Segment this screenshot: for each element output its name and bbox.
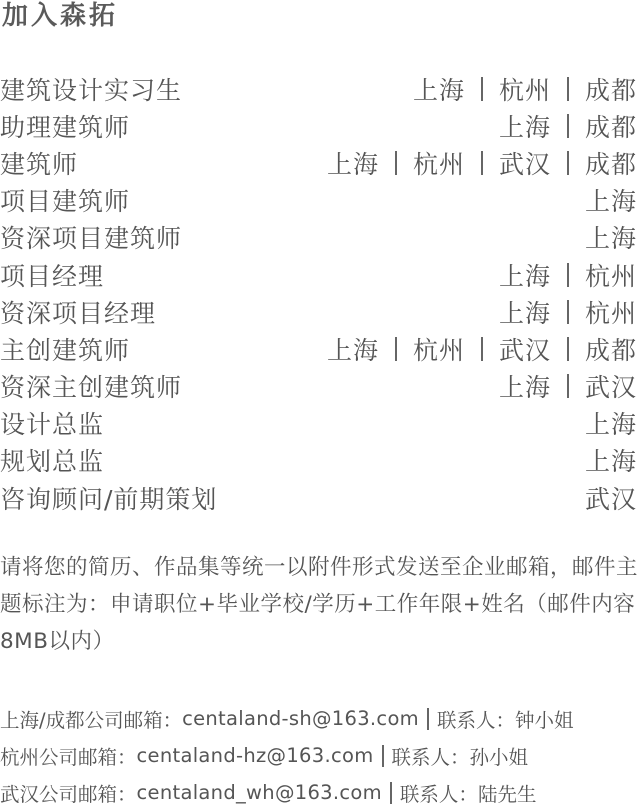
city: 武汉 bbox=[499, 145, 551, 181]
separator bbox=[395, 151, 397, 175]
separator bbox=[427, 708, 429, 730]
job-title: 项目经理 bbox=[0, 257, 104, 293]
city: 上海 bbox=[585, 219, 637, 255]
city: 杭州 bbox=[413, 331, 465, 367]
contact-row: 上海/成都公司邮箱： centaland-sh@163.com 联系人： 钟小姐 bbox=[0, 700, 639, 737]
job-title: 资深主创建筑师 bbox=[0, 368, 182, 404]
job-title: 主创建筑师 bbox=[0, 331, 130, 367]
job-title: 咨询顾问/前期策划 bbox=[0, 480, 217, 516]
email-link[interactable]: centaland-sh@163.com bbox=[182, 707, 419, 730]
job-title: 项目建筑师 bbox=[0, 182, 130, 218]
job-cities: 上海 bbox=[585, 442, 637, 478]
job-row: 主创建筑师 上海 杭州 武汉 成都 bbox=[0, 330, 637, 367]
job-title: 建筑师 bbox=[0, 145, 78, 181]
job-title: 助理建筑师 bbox=[0, 108, 130, 144]
job-row: 资深主创建筑师 上海 武汉 bbox=[0, 368, 637, 405]
separator bbox=[481, 151, 483, 175]
separator bbox=[481, 337, 483, 361]
contact-label: 联系人： bbox=[392, 742, 470, 770]
separator bbox=[395, 337, 397, 361]
job-cities: 上海 武汉 bbox=[499, 368, 637, 404]
job-title: 规划总监 bbox=[0, 442, 104, 478]
job-row: 建筑设计实习生 上海 杭州 成都 bbox=[0, 70, 637, 107]
city: 成都 bbox=[585, 331, 637, 367]
contact-label: 联系人： bbox=[437, 705, 515, 733]
job-row: 建筑师 上海 杭州 武汉 成都 bbox=[0, 144, 637, 181]
separator bbox=[382, 745, 384, 767]
separator bbox=[390, 782, 392, 804]
job-cities: 上海 bbox=[585, 182, 637, 218]
job-cities: 上海 杭州 成都 bbox=[413, 71, 637, 107]
job-row: 项目建筑师 上海 bbox=[0, 182, 637, 219]
city: 杭州 bbox=[499, 71, 551, 107]
job-title: 设计总监 bbox=[0, 405, 104, 441]
job-cities: 上海 成都 bbox=[499, 108, 637, 144]
job-cities: 上海 杭州 武汉 成都 bbox=[327, 145, 637, 181]
city: 上海 bbox=[585, 405, 637, 441]
job-row: 设计总监 上海 bbox=[0, 405, 637, 442]
city: 杭州 bbox=[585, 294, 637, 330]
contact-row: 杭州公司邮箱： centaland-hz@163.com 联系人： 孙小姐 bbox=[0, 737, 639, 774]
city: 武汉 bbox=[585, 480, 637, 516]
city: 上海 bbox=[499, 257, 551, 293]
city: 上海 bbox=[499, 294, 551, 330]
city: 上海 bbox=[327, 145, 379, 181]
city: 上海 bbox=[327, 331, 379, 367]
job-cities: 上海 杭州 bbox=[499, 294, 637, 330]
contact-row: 武汉公司邮箱： centaland_wh@163.com 联系人： 陆先生 bbox=[0, 774, 639, 805]
office-label: 上海/成都公司邮箱： bbox=[0, 705, 182, 733]
email-link[interactable]: centaland_wh@163.com bbox=[137, 781, 382, 804]
job-cities: 上海 bbox=[585, 405, 637, 441]
separator bbox=[567, 263, 569, 287]
job-row: 咨询顾问/前期策划 武汉 bbox=[0, 479, 637, 516]
job-cities: 上海 bbox=[585, 219, 637, 255]
separator bbox=[567, 374, 569, 398]
job-cities: 武汉 bbox=[585, 480, 637, 516]
job-title: 资深项目经理 bbox=[0, 294, 156, 330]
city: 上海 bbox=[585, 182, 637, 218]
city: 武汉 bbox=[499, 331, 551, 367]
job-list: 建筑设计实习生 上海 杭州 成都 助理建筑师 上海 成都 建筑师 上海 杭州 武… bbox=[0, 70, 637, 516]
city: 杭州 bbox=[585, 257, 637, 293]
city: 成都 bbox=[585, 145, 637, 181]
job-row: 项目经理 上海 杭州 bbox=[0, 256, 637, 293]
separator bbox=[481, 77, 483, 101]
contact-label: 联系人： bbox=[400, 779, 478, 805]
job-row: 资深项目建筑师 上海 bbox=[0, 219, 637, 256]
contact-list: 上海/成都公司邮箱： centaland-sh@163.com 联系人： 钟小姐… bbox=[0, 700, 639, 805]
separator bbox=[567, 300, 569, 324]
job-title: 建筑设计实习生 bbox=[0, 71, 182, 107]
separator bbox=[567, 77, 569, 101]
city: 上海 bbox=[499, 108, 551, 144]
job-row: 资深项目经理 上海 杭州 bbox=[0, 293, 637, 330]
job-cities: 上海 杭州 武汉 成都 bbox=[327, 331, 637, 367]
city: 上海 bbox=[499, 368, 551, 404]
city: 武汉 bbox=[585, 368, 637, 404]
office-label: 杭州公司邮箱： bbox=[0, 742, 137, 770]
city: 上海 bbox=[585, 442, 637, 478]
separator bbox=[567, 151, 569, 175]
job-row: 规划总监 上海 bbox=[0, 442, 637, 479]
job-cities: 上海 杭州 bbox=[499, 257, 637, 293]
city: 上海 bbox=[413, 71, 465, 107]
office-label: 武汉公司邮箱： bbox=[0, 779, 137, 805]
city: 成都 bbox=[585, 71, 637, 107]
job-row: 助理建筑师 上海 成都 bbox=[0, 107, 637, 144]
page-title: 加入森拓 bbox=[2, 0, 118, 32]
email-link[interactable]: centaland-hz@163.com bbox=[137, 744, 374, 767]
contact-name: 钟小姐 bbox=[515, 705, 574, 733]
job-title: 资深项目建筑师 bbox=[0, 219, 182, 255]
contact-name: 陆先生 bbox=[478, 779, 537, 805]
application-instructions: 请将您的简历、作品集等统一以附件形式发送至企业邮箱，邮件主题标注为：申请职位+毕… bbox=[0, 549, 639, 660]
city: 杭州 bbox=[413, 145, 465, 181]
city: 成都 bbox=[585, 108, 637, 144]
separator bbox=[567, 337, 569, 361]
separator bbox=[567, 114, 569, 138]
contact-name: 孙小姐 bbox=[470, 742, 529, 770]
